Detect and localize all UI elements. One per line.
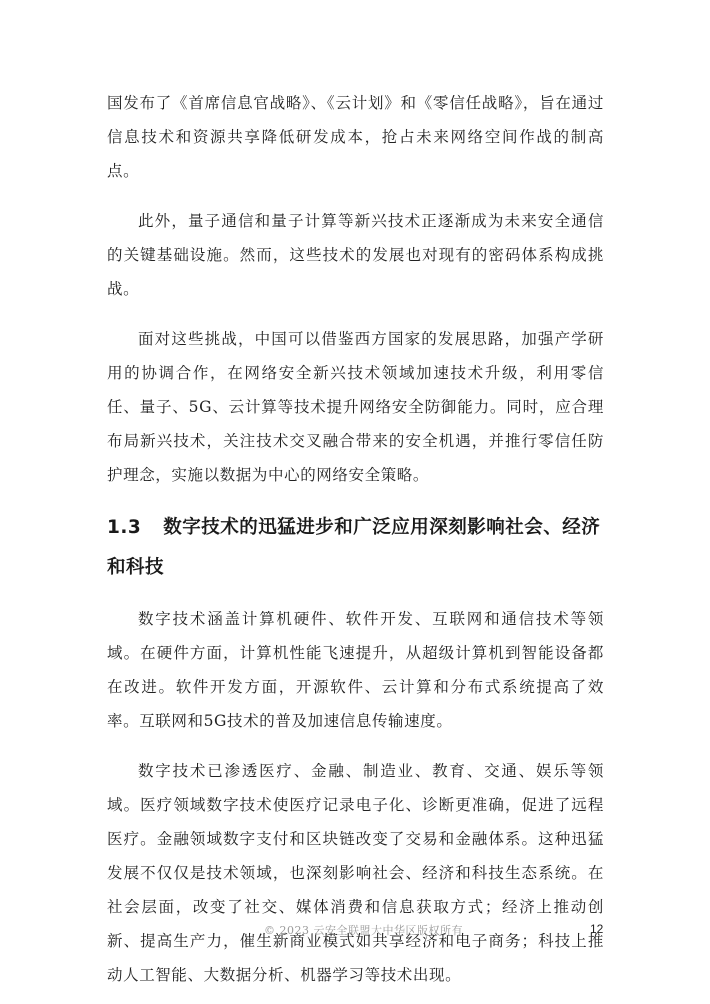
document-page: 国发布了《首席信息官战略》、《云计划》和《零信任战略》，旨在通过信息技术和资源共…	[107, 86, 604, 1004]
paragraph-continued: 国发布了《首席信息官战略》、《云计划》和《零信任战略》，旨在通过信息技术和资源共…	[107, 86, 604, 188]
paragraph-digital-tech-impact: 数字技术已渗透医疗、金融、制造业、教育、交通、娱乐等领域。医疗领域数字技术使医疗…	[107, 754, 604, 992]
section-title: 数字技术的迅猛进步和广泛应用深刻影响社会、经济和科技	[107, 517, 600, 578]
copyright-notice: © 2023 云安全联盟大中华区版权所有	[264, 922, 463, 938]
section-heading: 1.3数字技术的迅猛进步和广泛应用深刻影响社会、经济和科技	[107, 508, 604, 588]
paragraph-digital-tech-scope: 数字技术涵盖计算机硬件、软件开发、互联网和通信技术等领域。在硬件方面，计算机性能…	[107, 602, 604, 738]
paragraph-quantum: 此外，量子通信和量子计算等新兴技术正逐渐成为未来安全通信的关键基础设施。然而，这…	[107, 204, 604, 306]
paragraph-challenges: 面对这些挑战，中国可以借鉴西方国家的发展思路，加强产学研用的协调合作，在网络安全…	[107, 322, 604, 492]
page-number: 12	[590, 922, 603, 936]
section-number: 1.3	[107, 517, 141, 538]
page-footer: © 2023 云安全联盟大中华区版权所有 12	[0, 922, 710, 942]
